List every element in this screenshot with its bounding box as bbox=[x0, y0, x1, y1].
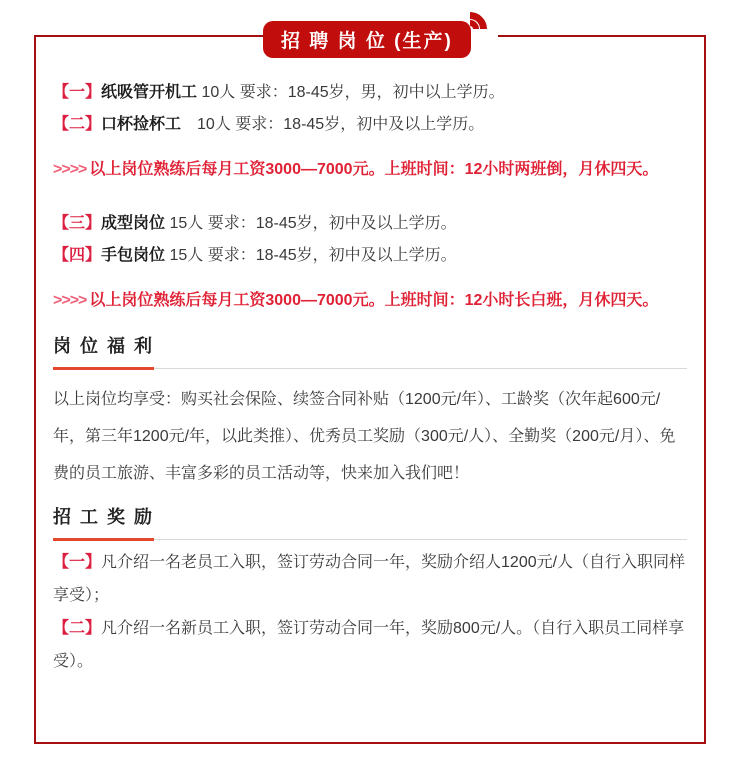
benefits-body: 以上岗位均享受：购买社会保险、续签合同补贴（1200元/年）、工龄奖（次年起60… bbox=[53, 381, 687, 492]
salary-note-1: >>>>以上岗位熟练后每月工资3000—7000元。上班时间：12小时两班倒，月… bbox=[53, 153, 687, 186]
referral-list: 【一】凡介绍一名老员工入职，签订劳动合同一年，奖励介绍人1200元/人（自行入职… bbox=[53, 546, 687, 678]
job-details: 10人 要求：18-45岁，初中及以上学历。 bbox=[181, 116, 484, 133]
flyer-content: 【一】纸吸管开机工 10人 要求：18-45岁，男，初中以上学历。 【二】口杯捡… bbox=[36, 37, 704, 678]
salary-note-text: 以上岗位熟练后每月工资3000—7000元。上班时间：12小时两班倒，月休四天。 bbox=[89, 161, 658, 178]
section-header-benefits: 岗 位 福 利 bbox=[53, 333, 687, 369]
section-title-benefits: 岗 位 福 利 bbox=[53, 333, 154, 370]
referral-item-2: 【二】凡介绍一名新员工入职，签订劳动合同一年，奖励800元/人。（自行入职员工同… bbox=[53, 612, 687, 678]
job-title: 纸吸管开机工 bbox=[101, 84, 197, 101]
job-details: 15人 要求：18-45岁，初中及以上学历。 bbox=[165, 215, 457, 232]
job-index: 【一】 bbox=[53, 84, 101, 101]
salary-note-2: >>>>以上岗位熟练后每月工资3000—7000元。上班时间：12小时长白班，月… bbox=[53, 284, 687, 317]
section-header-referral: 招 工 奖 励 bbox=[53, 504, 687, 540]
job-line-1: 【一】纸吸管开机工 10人 要求：18-45岁，男，初中以上学历。 bbox=[53, 77, 687, 109]
item-index: 【一】 bbox=[53, 554, 101, 571]
job-line-2: 【二】口杯捡杯工 10人 要求：18-45岁，初中及以上学历。 bbox=[53, 109, 687, 141]
item-index: 【二】 bbox=[53, 620, 101, 637]
item-text: 凡介绍一名新员工入职，签订劳动合同一年，奖励800元/人。（自行入职员工同样享受… bbox=[53, 620, 684, 670]
border-frame: 招 聘 岗 位 (生产) 【一】纸吸管开机工 10人 要求：18-45岁，男，初… bbox=[34, 35, 706, 744]
job-details: 10人 要求：18-45岁，男，初中以上学历。 bbox=[197, 84, 505, 101]
job-title: 口杯捡杯工 bbox=[101, 116, 181, 133]
chevrons-icon: >>>> bbox=[53, 161, 86, 178]
item-text: 凡介绍一名老员工入职，签订劳动合同一年，奖励介绍人1200元/人（自行入职同样享… bbox=[53, 554, 685, 604]
salary-note-text: 以上岗位熟练后每月工资3000—7000元。上班时间：12小时长白班，月休四天。 bbox=[89, 292, 658, 309]
job-details: 15人 要求：18-45岁，初中及以上学历。 bbox=[165, 247, 457, 264]
referral-item-1: 【一】凡介绍一名老员工入职，签订劳动合同一年，奖励介绍人1200元/人（自行入职… bbox=[53, 546, 687, 612]
job-index: 【二】 bbox=[53, 116, 101, 133]
job-index: 【三】 bbox=[53, 215, 101, 232]
job-title: 成型岗位 bbox=[101, 215, 165, 232]
job-group-2: 【三】成型岗位 15人 要求：18-45岁，初中及以上学历。 【四】手包岗位 1… bbox=[53, 208, 687, 272]
banner-title: 招 聘 岗 位 (生产) bbox=[281, 26, 453, 53]
job-title: 手包岗位 bbox=[101, 247, 165, 264]
job-group-1: 【一】纸吸管开机工 10人 要求：18-45岁，男，初中以上学历。 【二】口杯捡… bbox=[53, 77, 687, 141]
job-index: 【四】 bbox=[53, 247, 101, 264]
job-line-3: 【三】成型岗位 15人 要求：18-45岁，初中及以上学历。 bbox=[53, 208, 687, 240]
section-title-referral: 招 工 奖 励 bbox=[53, 504, 154, 541]
job-line-4: 【四】手包岗位 15人 要求：18-45岁，初中及以上学历。 bbox=[53, 240, 687, 272]
header-banner: 招 聘 岗 位 (生产) bbox=[263, 21, 471, 58]
chevrons-icon: >>>> bbox=[53, 292, 86, 309]
